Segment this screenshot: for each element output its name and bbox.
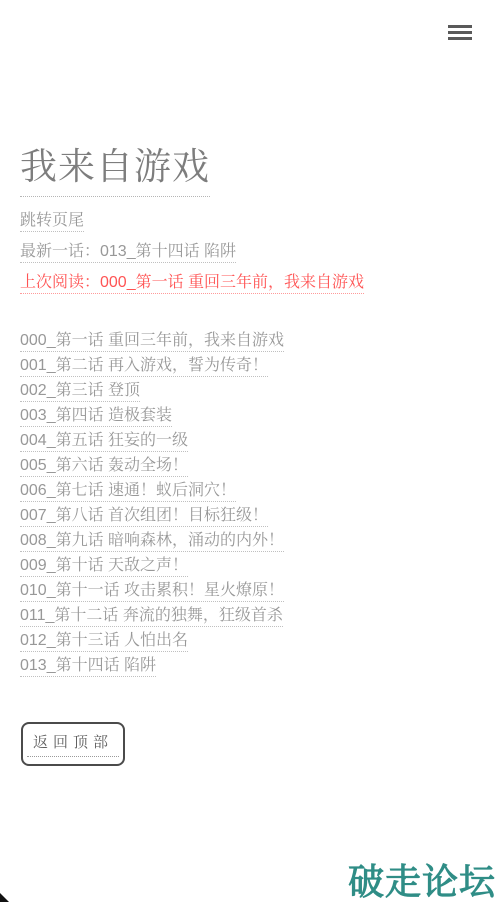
chapter-list-item: 013_第十四话 陷阱	[20, 657, 480, 674]
hamburger-bar	[448, 25, 472, 28]
chapter-list-item: 009_第十话 天敌之声！	[20, 557, 480, 574]
chapter-link[interactable]: 004_第五话 狂妄的一级	[20, 432, 188, 452]
page-title: 我来自游戏	[20, 146, 480, 197]
chapter-link[interactable]: 000_第一话 重回三年前，我来自游戏	[20, 332, 284, 352]
last-read-link[interactable]: 上次阅读：000_第一话 重回三年前，我来自游戏	[20, 274, 364, 294]
page-title-text: 我来自游戏	[20, 146, 210, 197]
hamburger-bar	[448, 31, 472, 34]
chapter-list-item: 008_第九话 暗响森林，涌动的内外！	[20, 532, 480, 549]
jump-to-footer-link[interactable]: 跳转页尾	[20, 212, 84, 232]
chapter-list-item: 006_第七话 速通！蚁后洞穴！	[20, 482, 480, 499]
chapter-list-item: 004_第五话 狂妄的一级	[20, 432, 480, 449]
chapter-list-item: 012_第十三话 人怕出名	[20, 632, 480, 649]
chapter-link[interactable]: 009_第十话 天敌之声！	[20, 557, 188, 577]
hamburger-bar	[448, 37, 472, 40]
chapter-link[interactable]: 006_第七话 速通！蚁后洞穴！	[20, 482, 236, 502]
chapter-link[interactable]: 005_第六话 轰动全场！	[20, 457, 188, 477]
site-watermark: 破走论坛	[348, 862, 496, 902]
chapter-link[interactable]: 010_第十一话 攻击累积！星火燎原！	[20, 582, 284, 602]
chapter-list-item: 000_第一话 重回三年前，我来自游戏	[20, 332, 480, 349]
chapter-link[interactable]: 012_第十三话 人怕出名	[20, 632, 188, 652]
back-to-top-label: 返回顶部	[27, 731, 119, 757]
chapter-link[interactable]: 011_第十二话 奔流的独舞，狂级首杀	[20, 607, 283, 627]
chapter-list-item: 007_第八话 首次组团！目标狂级！	[20, 507, 480, 524]
jump-to-footer-line: 跳转页尾	[20, 211, 480, 230]
corner-artifact	[0, 893, 9, 902]
chapter-list-item: 002_第三话 登顶	[20, 382, 480, 399]
chapter-link[interactable]: 001_第二话 再入游戏，誓为传奇！	[20, 357, 268, 377]
chapter-list-item: 010_第十一话 攻击累积！星火燎原！	[20, 582, 480, 599]
chapter-link[interactable]: 008_第九话 暗响森林，涌动的内外！	[20, 532, 284, 552]
chapter-link[interactable]: 013_第十四话 陷阱	[20, 657, 156, 677]
chapter-list-item: 005_第六话 轰动全场！	[20, 457, 480, 474]
chapter-link[interactable]: 002_第三话 登顶	[20, 382, 140, 402]
last-read-line: 上次阅读：000_第一话 重回三年前，我来自游戏	[20, 273, 480, 292]
chapter-list-item: 003_第四话 造极套装	[20, 407, 480, 424]
chapter-list: 000_第一话 重回三年前，我来自游戏 001_第二话 再入游戏，誓为传奇！ 0…	[20, 332, 480, 674]
chapter-link[interactable]: 007_第八话 首次组团！目标狂级！	[20, 507, 268, 527]
latest-chapter-link[interactable]: 最新一话：013_第十四话 陷阱	[20, 243, 236, 263]
chapter-list-item: 001_第二话 再入游戏，誓为传奇！	[20, 357, 480, 374]
hamburger-menu-icon[interactable]	[448, 25, 472, 40]
chapter-list-item: 011_第十二话 奔流的独舞，狂级首杀	[20, 607, 480, 624]
chapter-link[interactable]: 003_第四话 造极套装	[20, 407, 172, 427]
latest-chapter-line: 最新一话：013_第十四话 陷阱	[20, 242, 480, 261]
back-to-top-button[interactable]: 返回顶部	[21, 722, 125, 766]
main-content: 我来自游戏 跳转页尾 最新一话：013_第十四话 陷阱 上次阅读：000_第一话…	[0, 146, 500, 766]
